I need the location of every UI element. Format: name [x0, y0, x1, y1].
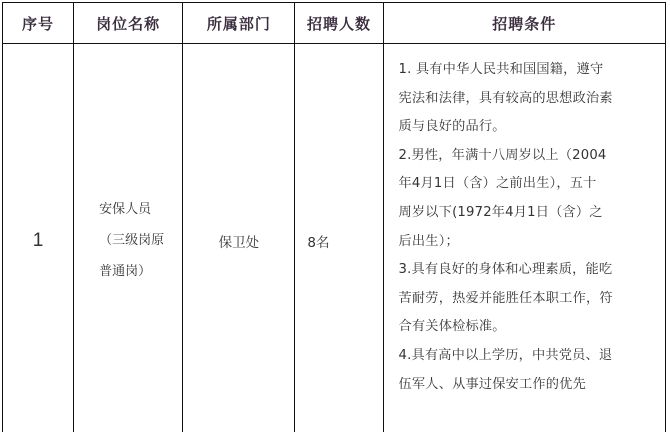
condition-line: 4.具有高中以上学历，中共党员、退	[399, 342, 657, 371]
condition-line: 后出生）；	[399, 228, 657, 257]
cell-seq: 1	[3, 44, 74, 432]
condition-line: 1. 具有中华人民共和国国籍，遵守	[399, 56, 657, 85]
position-line: 安保人员	[99, 194, 182, 225]
header-department: 所属部门	[183, 3, 295, 44]
condition-line: 宪法和法律，具有较高的思想政治素	[399, 85, 657, 114]
header-count: 招聘人数	[295, 3, 383, 44]
cell-department: 保卫处	[183, 44, 295, 432]
cell-position: 安保人员 （三级岗原 普通岗）	[74, 44, 183, 432]
watermark-fade	[547, 399, 657, 425]
cell-conditions: 1. 具有中华人民共和国国籍，遵守 宪法和法律，具有较高的思想政治素 质与良好的…	[383, 44, 665, 432]
header-position: 岗位名称	[74, 3, 183, 44]
condition-line: 合有关体检标准。	[399, 313, 657, 342]
condition-line: 伍军人、从事过保安工作的优先	[399, 371, 657, 400]
condition-line: 苦耐劳，热爱并能胜任本职工作，符	[399, 285, 657, 314]
condition-line: 质与良好的品行。	[399, 113, 657, 142]
conditions-text: 1. 具有中华人民共和国国籍，遵守 宪法和法律，具有较高的思想政治素 质与良好的…	[399, 56, 657, 425]
condition-line: 周岁以下(1972年4月1日（含）之	[399, 199, 657, 228]
condition-line: 2.男性，年满十八周岁以上（2004	[399, 142, 657, 171]
header-seq: 序号	[3, 3, 74, 44]
position-line: 普通岗）	[99, 256, 182, 287]
condition-line: 年4月1日（含）之前出生），五十	[399, 170, 657, 199]
position-line: （三级岗原	[99, 225, 182, 256]
condition-line: 3.具有良好的身体和心理素质，能吃	[399, 256, 657, 285]
header-row: 序号 岗位名称 所属部门 招聘人数 招聘条件	[3, 3, 666, 44]
recruitment-table: 序号 岗位名称 所属部门 招聘人数 招聘条件 1 安保人员 （三级岗原 普通岗）…	[2, 2, 666, 432]
table-row: 1 安保人员 （三级岗原 普通岗） 保卫处 8名 1. 具有中华人民共和国国籍，…	[3, 44, 666, 432]
cell-count: 8名	[295, 44, 383, 432]
header-conditions: 招聘条件	[383, 3, 665, 44]
